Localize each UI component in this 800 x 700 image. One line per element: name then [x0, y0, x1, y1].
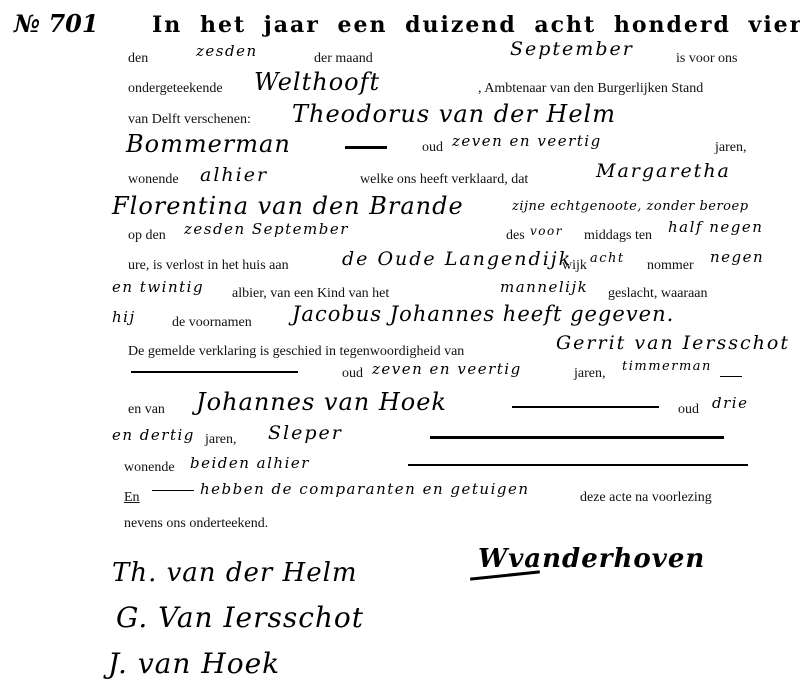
printed-text: albier, van een Kind van het	[232, 287, 389, 301]
printed-text: van Delft verschenen:	[128, 113, 251, 127]
handwritten-witness2-age-cont: en dertig	[112, 428, 195, 443]
handwritten-house-number-cont: en twintig	[112, 280, 204, 295]
printed-text: wonende	[124, 461, 175, 475]
printed-text: , Ambtenaar van den Burgerlijken Stand	[478, 82, 703, 96]
handwritten-sex: mannelijk	[500, 280, 588, 295]
printed-text: deze acte na voorlezing	[580, 491, 712, 505]
printed-text: jaren,	[715, 141, 746, 155]
handwritten-month: September	[510, 40, 634, 59]
printed-text: jaren,	[205, 433, 236, 447]
handwritten-mother-surname: Florentina van den Brande	[112, 194, 464, 218]
handwritten-child-names: Jacobus Johannes heeft gegeven.	[292, 304, 674, 325]
handwritten-signing-clause: hebben de comparanten en getuigen	[200, 482, 530, 497]
handwritten-witness2-occupation: Sleper	[268, 424, 343, 443]
printed-text: des	[506, 229, 525, 243]
printed-text: oud	[342, 367, 363, 381]
printed-text: de voornamen	[172, 316, 252, 330]
handwritten-declarant-occupation: Bommerman	[126, 132, 291, 156]
handwritten-age: zeven en veertig	[452, 134, 602, 149]
handwritten-street: de Oude Langendijk	[342, 250, 572, 269]
handwritten-registrar: Welthooft	[254, 70, 380, 94]
printed-text: nommer	[647, 259, 694, 273]
signature-witness2: J. van Hoek	[108, 650, 280, 678]
printed-text: ondergeteekende	[128, 82, 223, 96]
printed-text: jaren,	[574, 367, 605, 381]
filler-line	[512, 406, 659, 408]
printed-text: geslacht, waaraan	[608, 287, 708, 301]
printed-text: op den	[128, 229, 166, 243]
printed-text: En	[124, 491, 140, 505]
handwritten-ward: acht	[590, 252, 625, 265]
handwritten-declarant-name: Theodorus van der Helm	[292, 102, 616, 126]
handwritten-hij: hij	[112, 310, 136, 325]
handwritten-witness2-name: Johannes van Hoek	[196, 390, 447, 414]
filler-line	[131, 371, 298, 373]
handwritten-mother-name: Margaretha	[596, 162, 731, 181]
signature-declarant: Th. van der Helm	[112, 560, 358, 586]
handwritten-house-number: negen	[710, 250, 764, 265]
handwritten-birth-time: half negen	[668, 220, 763, 235]
signature-witness1: G. Van Iersschot	[116, 604, 364, 632]
printed-text: welke ons heeft verklaard, dat	[360, 173, 528, 187]
handwritten-birth-date: zesden September	[184, 222, 349, 237]
filler-line	[430, 436, 724, 439]
filler-line	[408, 464, 748, 466]
handwritten-witness1-name: Gerrit van Iersschot	[556, 334, 790, 353]
printed-text: den	[128, 52, 148, 66]
filler-line	[152, 490, 194, 491]
printed-text: wonende	[128, 173, 179, 187]
handwritten-witness2-age: drie	[712, 396, 748, 411]
signature-registrar: Wvanderhoven	[478, 546, 705, 572]
printed-text: en van	[128, 403, 165, 417]
printed-text: der maand	[314, 52, 373, 66]
printed-text: is voor ons	[676, 52, 737, 66]
handwritten-day: zesden	[196, 44, 258, 59]
filler-line	[720, 376, 742, 377]
handwritten-witness1-occupation: timmerman	[622, 360, 712, 373]
printed-text: De gemelde verklaring is geschied in teg…	[128, 345, 464, 359]
handwritten-residence: alhier	[200, 166, 268, 185]
filler-line	[345, 146, 387, 149]
printed-text: oud	[422, 141, 443, 155]
birth-certificate-page: № 701 In het jaar een duizend acht honde…	[0, 0, 800, 700]
handwritten-witness-residence: beiden alhier	[190, 456, 310, 471]
printed-text: wijk	[562, 259, 587, 273]
printed-text: oud	[678, 403, 699, 417]
handwritten-witness1-age: zeven en veertig	[372, 362, 522, 377]
record-number: № 701	[14, 12, 99, 36]
printed-text: ure, is verlost in het huis aan	[128, 259, 289, 273]
handwritten-relation: zijne echtgenoote, zonder beroep	[512, 200, 749, 213]
printed-text: middags ten	[584, 229, 652, 243]
printed-text: nevens ons onderteekend.	[124, 517, 268, 531]
headline: In het jaar een duizend acht honderd vie…	[152, 14, 800, 36]
handwritten-voor: voor	[530, 225, 563, 237]
